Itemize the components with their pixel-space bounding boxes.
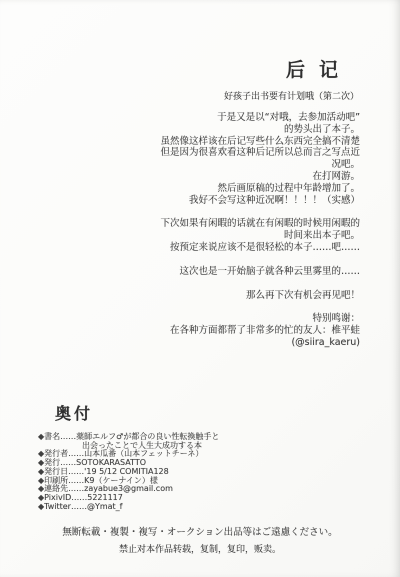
text-line: 的势头出了本子。 (20, 124, 360, 136)
text-line: 下次如果有闲暇的话就在有闲暇的时候用闲暇的 (20, 218, 360, 230)
text-line: 这次也是一开始脑子就各种云里雾里的…… (20, 266, 360, 278)
text-line: (@siira_kaeru) (20, 337, 360, 349)
afterword-paragraph: 下次如果有闲暇的话就在有闲暇的时候用闲暇的时间来出本子吧。按预定来说应该不是很轻… (20, 218, 360, 253)
afterword-paragraph: 于是又是以“对哦，去参加活动吧”的势头出了本子。虽然像这样该在后记写些什么东西完… (20, 112, 360, 206)
afterword-paragraph: 那么再下次有机会再见吧！ (20, 290, 360, 302)
text-line: 时间来出本子吧。 (20, 230, 360, 242)
text-line: 然后画原稿的过程中年龄增加了。 (20, 183, 360, 195)
text-line: 我好不会写这种近况啊！！！！（实感） (20, 195, 360, 207)
text-line: 虽然像这样该在后记写些什么东西完全搞不清楚 (20, 136, 360, 148)
text-line: 况吧。 (20, 159, 360, 171)
text-line: 那么再下次有机会再见吧！ (20, 290, 360, 302)
afterword-paragraph: 特别鸣谢：在各种方面都帮了非常多的忙的友人：椎平蛙(@siira_kaeru) (20, 313, 360, 348)
scanned-afterword-page: 后记 好孩子出书要有计划哦（第二次） 于是又是以“对哦，去参加活动吧”的势头出了… (0, 0, 400, 577)
text-line: 但是因为很喜欢看这种后记所以总而言之写点近 (20, 147, 360, 159)
afterword-title: 后记 (20, 55, 352, 82)
text-line: 在打网游。 (20, 171, 360, 183)
colophon-title: 奥付 (55, 401, 219, 424)
afterword-paragraph: 这次也是一开始脑子就各种云里雾里的…… (20, 266, 360, 278)
text-line: 特别鸣谢： (20, 313, 360, 325)
text-line: 按预定来说应该不是很轻松的本子……吧…… (20, 242, 360, 254)
footer-notice-japanese: 無断転載・複製・複写・オークション出品等はご遠慮ください。 (0, 524, 400, 538)
text-line: 在各种方面都帮了非常多的忙的友人：椎平蛙 (20, 325, 360, 337)
footer-notice-chinese: 禁止对本作品转载，复制，复印，贩卖。 (0, 542, 400, 555)
text-line: 于是又是以“对哦，去参加活动吧” (20, 112, 360, 124)
colophon-entries: ◆書名……薬師エルフ♂が都合の良い性転換触手と出会ったことで人生大成功する本◆発… (38, 433, 219, 511)
afterword-section: 后记 好孩子出书要有计划哦（第二次） 于是又是以“对哦，去参加活动吧”的势头出了… (20, 55, 360, 349)
afterword-subtitle: 好孩子出书要有计划哦（第二次） (20, 89, 359, 102)
colophon-section: 奥付 ◆書名……薬師エルフ♂が都合の良い性転換触手と出会ったことで人生大成功する… (38, 401, 219, 511)
footer-notices: 無断転載・複製・複写・オークション出品等はご遠慮ください。 禁止对本作品转载，复… (0, 524, 400, 555)
colophon-entry: ◆Twitter……@Ymat_f (38, 503, 219, 512)
afterword-paragraphs: 于是又是以“对哦，去参加活动吧”的势头出了本子。虽然像这样该在后记写些什么东西完… (20, 112, 360, 349)
